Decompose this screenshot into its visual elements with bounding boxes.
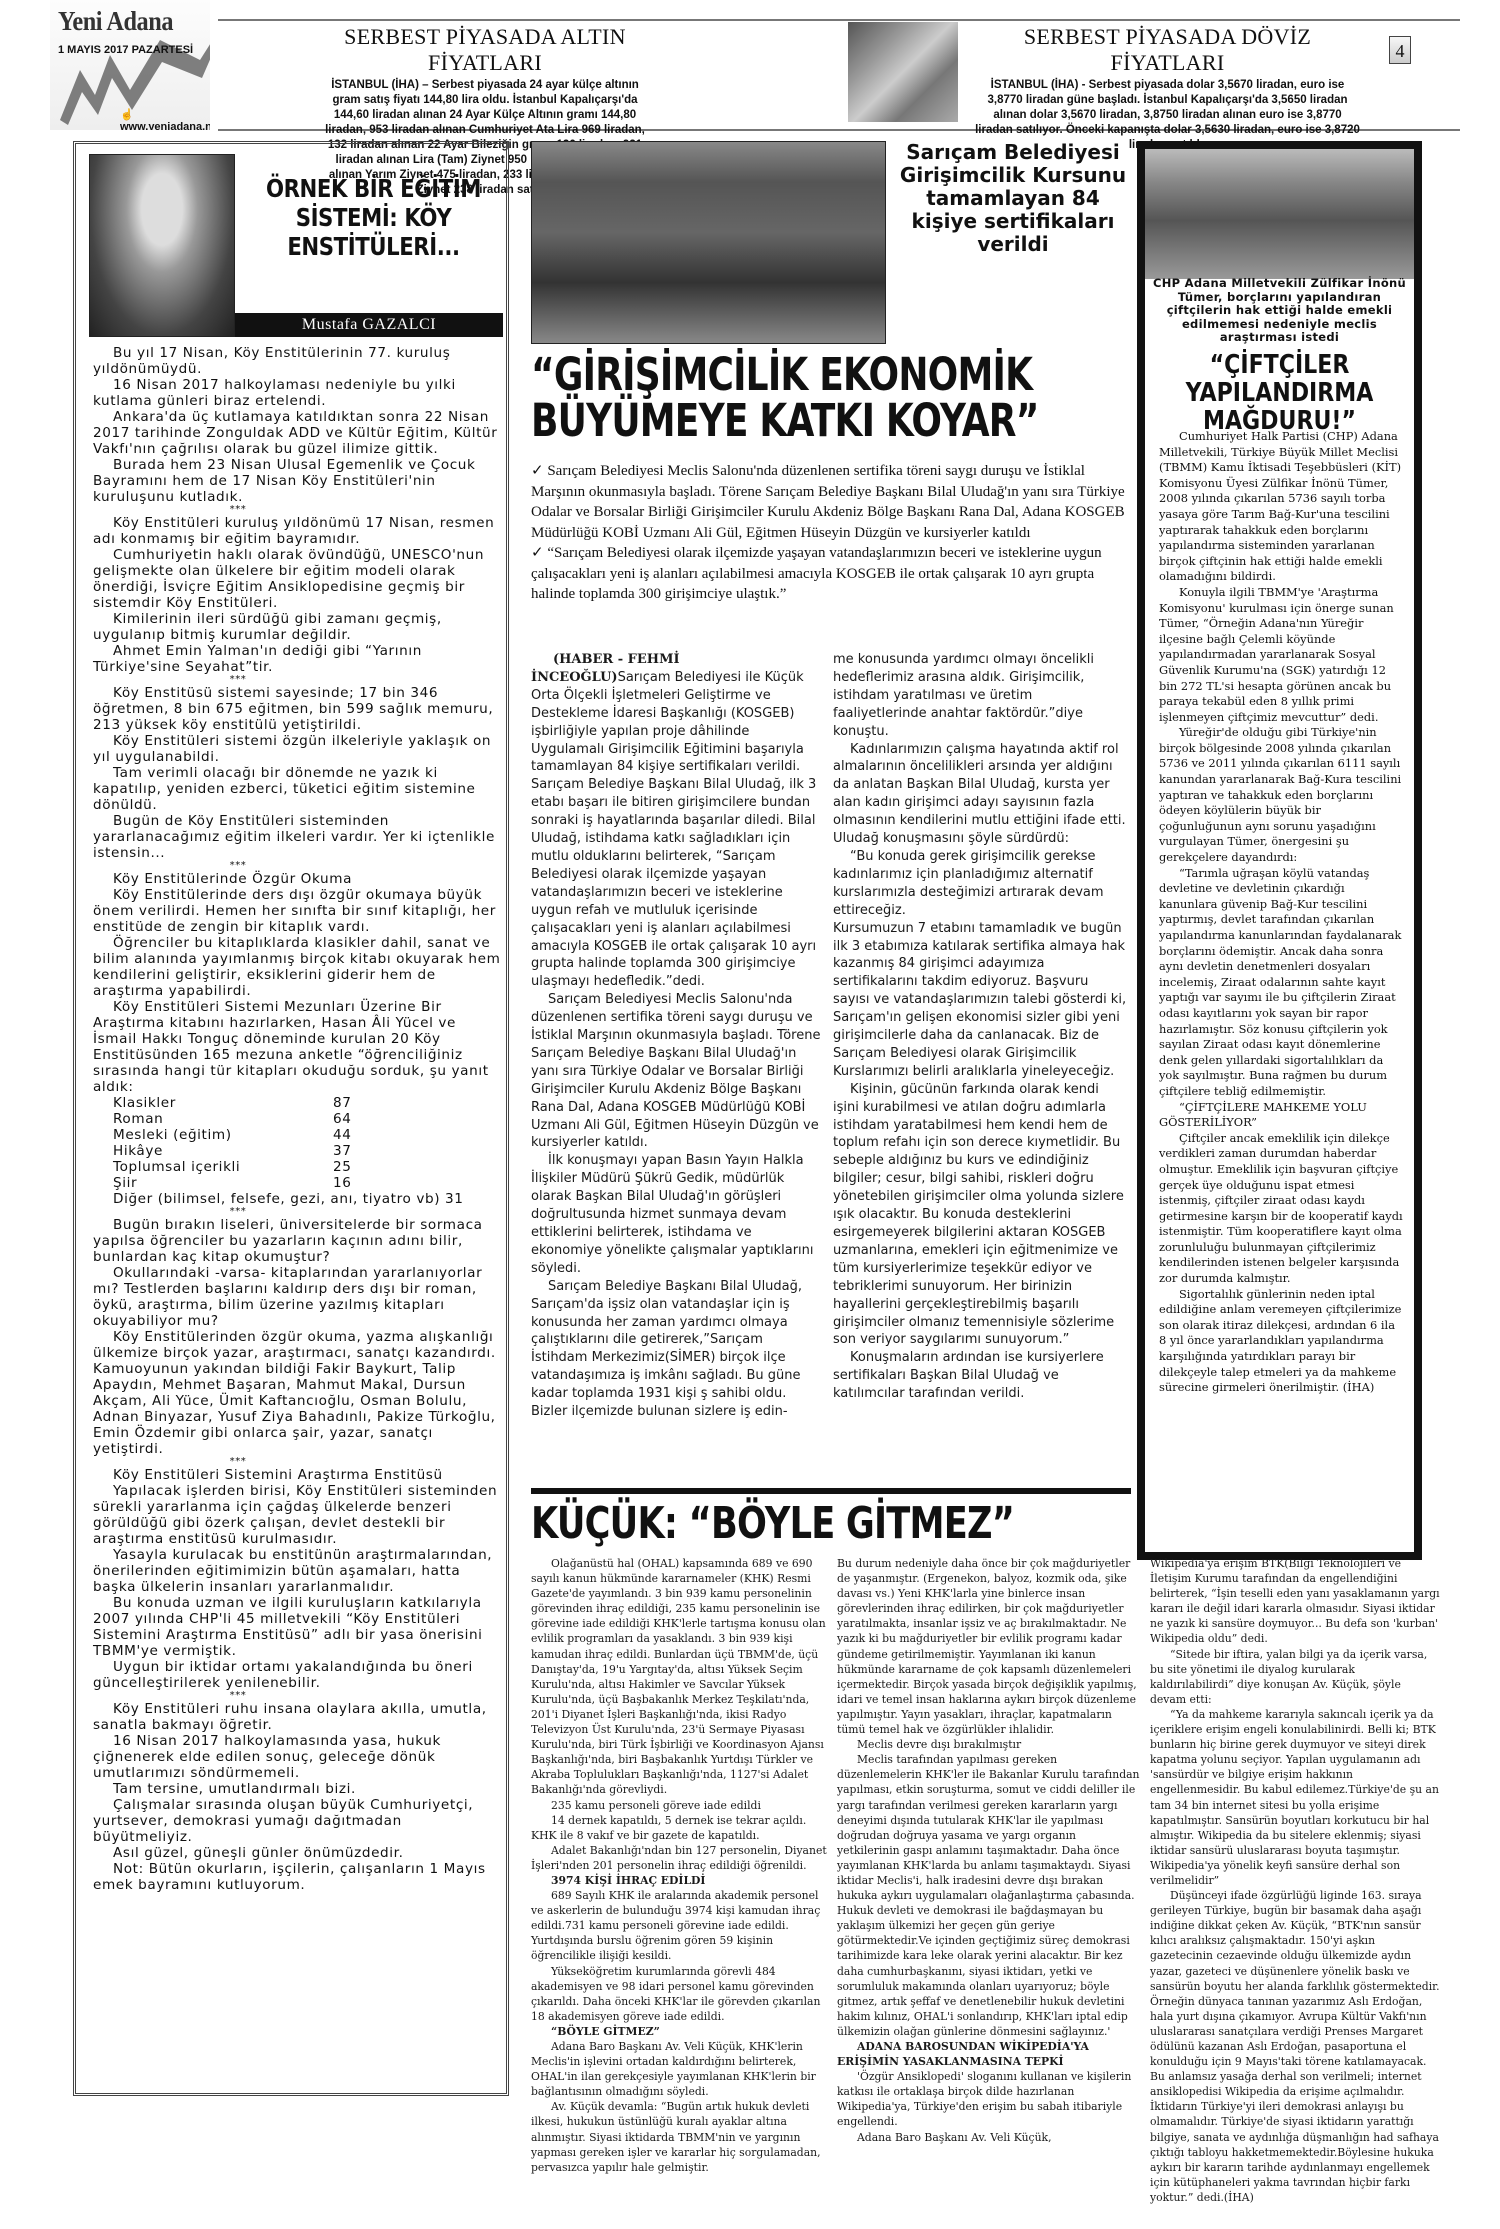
section-divider <box>531 1488 1131 1494</box>
separator: *** <box>0 1207 503 1217</box>
article-column-left: (HABER - FEHMİ İNCEOĞLU)Sarıçam Belediye… <box>531 651 821 1421</box>
paragraph: Bugün bırakın liseleri, üniversitelerde … <box>93 1217 503 1265</box>
paragraph: “Bu konuda gerek girişimcilik gerekse ka… <box>833 848 1128 920</box>
separator: *** <box>0 1691 503 1701</box>
paragraph: Köy Enstitüleri ruhu insana olaylara akı… <box>93 1701 503 1733</box>
paragraph: 'Özgür Ansiklopedi' sloganını kullanan v… <box>837 2069 1142 2129</box>
paragraph: Yükseköğretim kurumlarında görevli 484 a… <box>531 1964 831 2024</box>
paragraph: Yüreğir'de olduğu gibi Türkiye'nin birço… <box>1159 725 1404 865</box>
paragraph: Köy Enstitüleri Sistemi Mezunları Üzerin… <box>93 999 503 1095</box>
subheading: Köy Enstitülerinde Özgür Okuma <box>93 871 503 887</box>
gold-prices-title: SERBEST PİYASADA ALTIN FİYATLARI <box>320 24 650 76</box>
paragraph: Bu konuda uzman ve ilgili kuruluşların k… <box>93 1595 503 1659</box>
paragraph: Sigortalılık günlerinin neden iptal edil… <box>1159 1287 1404 1396</box>
paragraph: Adana Baro Başkanı Av. Veli Küçük, KHK'l… <box>531 2039 831 2099</box>
paragraph: İlk konuşmayı yapan Basın Yayın Halkla İ… <box>531 1152 821 1277</box>
opinion-column: ÖRNEK BİR EĞİTİM SİSTEMİ: KÖY ENSTİTÜLER… <box>73 141 509 2096</box>
subheading: Köy Enstitüleri Sistemini Araştırma Enst… <box>93 1467 503 1483</box>
paragraph: Köy Enstitüsü sistemi sayesinde; 17 bin … <box>93 685 503 733</box>
column-title: ÖRNEK BİR EĞİTİM SİSTEMİ: KÖY ENSTİTÜLER… <box>265 174 482 261</box>
certificate-ceremony-photo <box>531 141 886 344</box>
headline-line: “GİRİŞİMCİLİK EKONOMİK <box>531 352 1139 398</box>
photo-caption: Sarıçam Belediyesi Girişimcilik Kursunu … <box>893 141 1133 256</box>
paragraph: Köy Enstitüleri sistemi özgün ilkeleriyl… <box>93 733 503 765</box>
separator: *** <box>0 505 503 515</box>
paragraph: Sarıçam Belediye Başkanı Bilal Uludağ, S… <box>531 1278 821 1421</box>
column-body: Bu yıl 17 Nisan, Köy Enstitülerinin 77. … <box>93 345 503 1893</box>
farmers-article-box: CHP Adana Milletvekili Zülfikar İnönü Tü… <box>1137 141 1422 1560</box>
paragraph: “Sitede bir iftira, yalan bilgi ya da iç… <box>1150 1647 1440 1707</box>
pointer-hand-icon: ☝ <box>120 109 134 121</box>
separator: *** <box>0 861 503 871</box>
paragraph: (HABER - FEHMİ İNCEOĞLU)Sarıçam Belediye… <box>531 651 821 991</box>
paragraph: Köy Enstitüleri kuruluş yıldönümü 17 Nis… <box>93 515 503 547</box>
paragraph: Not: Bütün okurların, işçilerin, çalışan… <box>93 1861 503 1893</box>
paragraph: Kadınlarımızın çalışma hayatında aktif r… <box>833 741 1128 848</box>
survey-row: Hikâye37 <box>93 1143 503 1159</box>
survey-row: Toplumsal içerikli25 <box>93 1159 503 1175</box>
checkmark-icon: ✓ <box>531 545 544 561</box>
paragraph: Tam tersine, umutlandırmalı bizi. <box>93 1781 503 1797</box>
bullet-item: ✓ Sarıçam Belediyesi Meclis Salonu'nda d… <box>531 461 1129 543</box>
paragraph: Av. Küçük devamla: “Bugün artık hukuk de… <box>531 2099 831 2174</box>
newspaper-logo: Yeni Adana 1 MAYIS 2017 PAZARTESİ ☝ www.… <box>50 0 210 130</box>
header-top-rule <box>218 19 1460 21</box>
separator: *** <box>0 1457 503 1467</box>
paragraph: Konuşmaların ardından ise kursiyerlere s… <box>833 1349 1128 1403</box>
paragraph: 16 Nisan 2017 halkoylaması nedeniyle bu … <box>93 377 503 409</box>
paragraph: Konuyla ilgili TBMM'ye 'Araştırma Komisy… <box>1159 585 1404 725</box>
article-column-right: me konusunda yardımcı olmayı öncelikli h… <box>833 651 1128 1403</box>
survey-table: Klasikler87 Roman64 Mesleki (eğitim)44 H… <box>93 1095 503 1191</box>
paragraph: Adana Baro Başkanı Av. Veli Küçük, <box>837 2130 1142 2145</box>
paragraph: Sarıçam Belediyesi Meclis Salonu'nda düz… <box>531 991 821 1152</box>
paragraph: Okullarındaki -varsa- kitaplarından yara… <box>93 1265 503 1329</box>
paragraph: Bugün de Köy Enstitüleri sisteminden yar… <box>93 813 503 861</box>
paragraph: Cumhuriyetin haklı olarak övündüğü, UNES… <box>93 547 503 611</box>
author-name: Mustafa GAZALCI <box>235 313 503 337</box>
paragraph: Kursumuzun 7 etabını tamamladık ve bugün… <box>833 920 1128 1081</box>
paragraph: Adalet Bakanlığı'ndan bin 127 personelin… <box>531 1843 831 1873</box>
paragraph: Burada hem 23 Nisan Ulusal Egemenlik ve … <box>93 457 503 505</box>
survey-row: Mesleki (eğitim)44 <box>93 1127 503 1143</box>
photo-caption: CHP Adana Milletvekili Zülfikar İnönü Tü… <box>1145 277 1414 345</box>
paragraph: Meclis tarafından yapılması gereken düze… <box>837 1752 1142 2039</box>
paragraph: Çiftçiler ancak emeklilik için dilekçe v… <box>1159 1131 1404 1287</box>
paragraph: Çalışmalar sırasında oluşan büyük Cumhur… <box>93 1797 503 1845</box>
paragraph: Kimilerinin ileri sürdüğü gibi zamanı ge… <box>93 611 503 643</box>
meeting-photo <box>1145 149 1414 279</box>
checkmark-icon: ✓ <box>531 463 544 479</box>
paragraph: Düşünceyi ifade özgürlüğü liginde 163. s… <box>1150 1888 1440 2205</box>
author-photo <box>89 154 235 337</box>
article-headline: “GİRİŞİMCİLİK EKONOMİK BÜYÜMEYE KATKI KO… <box>531 352 1139 444</box>
headline-line: BÜYÜMEYE KATKI KOYAR” <box>531 398 1139 444</box>
paragraph: Tam verimli olacağı bir dönemde ne yazık… <box>93 765 503 813</box>
subheading: “BÖYLE GİTMEZ” <box>531 2024 831 2039</box>
paragraph: Bu yıl 17 Nisan, Köy Enstitülerinin 77. … <box>93 345 503 377</box>
paragraph: “Ya da mahkeme kararıyla sakıncalı içeri… <box>1150 1707 1440 1888</box>
paragraph: Ahmet Emin Yalman'ın dediği gibi “Yarını… <box>93 643 503 675</box>
paragraph: 235 kamu personeli göreve iade edildi <box>531 1798 831 1813</box>
paragraph: Köy Enstitülerinden özgür okuma, yazma a… <box>93 1329 503 1457</box>
survey-other: Diğer (bilimsel, felsefe, gezi, anı, tiy… <box>93 1191 503 1207</box>
paragraph: Köy Enstitülerinde ders dışı özgür okuma… <box>93 887 503 935</box>
subheading: ADANA BAROSUNDAN WİKİPEDİA'YA ERİŞİMİN Y… <box>837 2039 1142 2069</box>
bullet-item: ✓ “Sarıçam Belediyesi olarak ilçemizde y… <box>531 543 1129 605</box>
paragraph: “Tarımla uğraşan köylü vatandaş devletin… <box>1159 866 1404 1100</box>
separator: *** <box>0 675 503 685</box>
paragraph: Öğrenciler bu kitaplıklarda klasikler da… <box>93 935 503 999</box>
article-headline: KÜÇÜK: “BÖYLE GİTMEZ” <box>531 1500 1014 1548</box>
paragraph: Olağanüstü hal (OHAL) kapsamında 689 ve … <box>531 1556 831 1798</box>
paragraph: 689 Sayılı KHK ile aralarında akademik p… <box>531 1888 831 1963</box>
survey-row: Şiir16 <box>93 1175 503 1191</box>
kucuk-column-2: Bu durum nedeniyle daha önce bir çok mağ… <box>837 1556 1142 2145</box>
paragraph: Kişinin, gücünün farkında olarak kendi i… <box>833 1081 1128 1350</box>
article-body: Cumhuriyet Halk Partisi (CHP) Adana Mill… <box>1159 429 1404 1396</box>
paragraph: Wikipedia'ya erişim BTK(Bilgi Teknolojil… <box>1150 1556 1440 1647</box>
paragraph: Yasayla kurulacak bu enstitünün araştırm… <box>93 1547 503 1595</box>
paragraph: Yapılacak işlerden birisi, Köy Enstitüle… <box>93 1483 503 1547</box>
paragraph: 16 Nisan 2017 halkoylamasında yasa, huku… <box>93 1733 503 1781</box>
paragraph: Uygun bir iktidar ortamı yakalandığında … <box>93 1659 503 1691</box>
website-link[interactable]: ☝ www.yeniadana.net <box>120 108 210 130</box>
money-photo <box>848 22 958 122</box>
paragraph: Cumhuriyet Halk Partisi (CHP) Adana Mill… <box>1159 429 1404 585</box>
survey-row: Klasikler87 <box>93 1095 503 1111</box>
page-number: 4 <box>1389 36 1411 64</box>
fx-prices-box: SERBEST PİYASADA DÖVİZ FİYATLARI İSTANBU… <box>975 24 1360 153</box>
kucuk-column-1: Olağanüstü hal (OHAL) kapsamında 689 ve … <box>531 1556 831 2175</box>
paragraph: 14 dernek kapatıldı, 5 dernek ise tekrar… <box>531 1813 831 1843</box>
fx-prices-title: SERBEST PİYASADA DÖVİZ FİYATLARI <box>975 24 1360 76</box>
issue-date: 1 MAYIS 2017 PAZARTESİ <box>58 44 193 56</box>
kucuk-column-3: Wikipedia'ya erişim BTK(Bilgi Teknolojil… <box>1150 1556 1440 2205</box>
paragraph: Asıl güzel, güneşli günler önümüzdedir. <box>93 1845 503 1861</box>
subheading: “ÇİFTÇİLERE MAHKEME YOLU GÖSTERİLİYOR” <box>1159 1100 1404 1131</box>
paper-name: Yeni Adana <box>58 6 173 37</box>
paragraph: Bu durum nedeniyle daha önce bir çok mağ… <box>837 1556 1142 1737</box>
survey-row: Roman64 <box>93 1111 503 1127</box>
website-url: www.yeniadana.net <box>120 121 210 130</box>
paragraph: Meclis devre dışı bırakılmıştır <box>837 1737 1142 1752</box>
paragraph: Ankara'da üç kutlamaya katıldıktan sonra… <box>93 409 503 457</box>
subheading: 3974 KİŞİ İHRAÇ EDİLDİ <box>531 1873 831 1888</box>
article-headline: “ÇİFTÇİLER YAPILANDIRMA MAĞDURU!” <box>1165 351 1394 435</box>
paragraph: me konusunda yardımcı olmayı öncelikli h… <box>833 651 1128 741</box>
summary-bullets: ✓ Sarıçam Belediyesi Meclis Salonu'nda d… <box>531 461 1129 605</box>
